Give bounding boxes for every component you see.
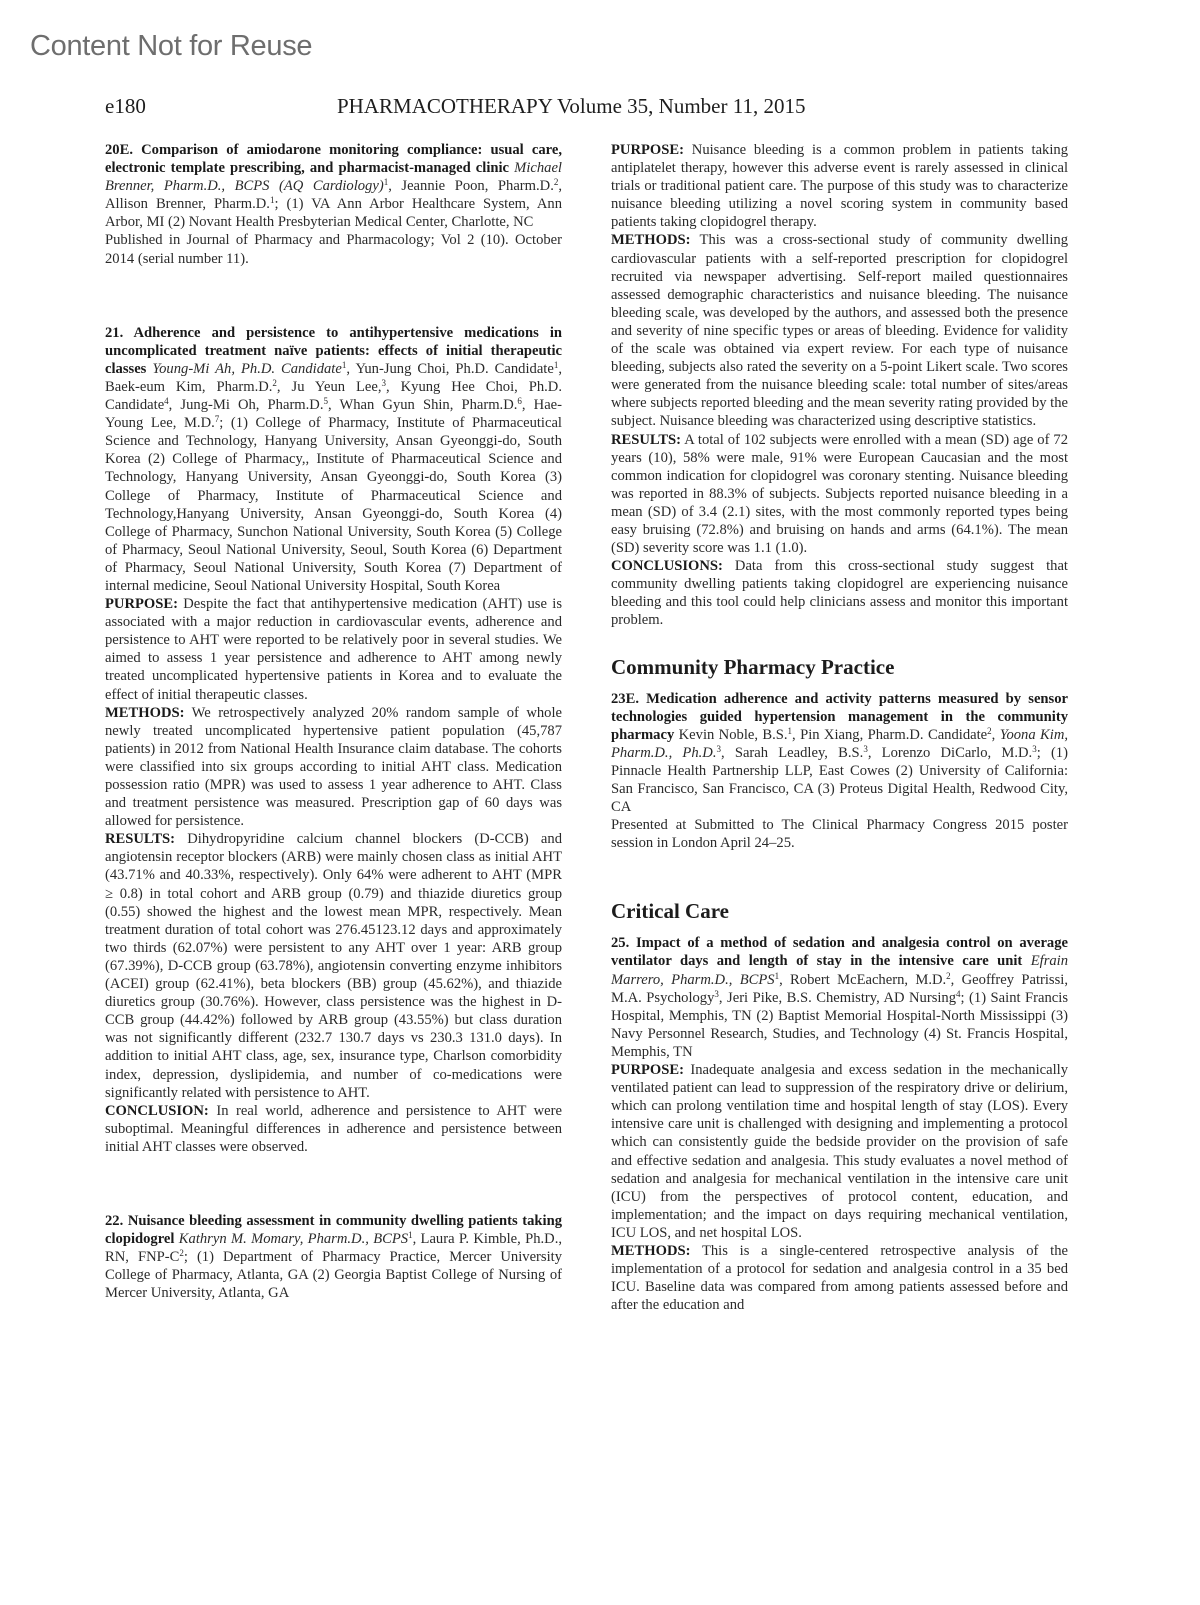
- conclusions-section: CONCLUSIONS: Data from this cross-sectio…: [611, 557, 1068, 629]
- abstract-title: 25. Impact of a method of sedation and a…: [611, 935, 1068, 969]
- journal-citation: PHARMACOTHERAPY Volume 35, Number 11, 20…: [337, 94, 805, 119]
- purpose-section: PURPOSE: Nuisance bleeding is a common p…: [611, 141, 1068, 231]
- author: , Robert McEachern, M.D.: [779, 972, 946, 988]
- section-label: RESULTS:: [611, 432, 681, 448]
- author: , Yun-Jung Choi, Ph.D. Candidate: [346, 361, 554, 377]
- purpose-section: PURPOSE: Inadequate analgesia and excess…: [611, 1061, 1068, 1242]
- section-heading-critical-care: Critical Care: [611, 898, 1068, 924]
- section-text: We retrospectively analyzed 20% random s…: [105, 705, 562, 830]
- author: , Pin Xiang, Pharm.D. Candidate: [792, 727, 987, 743]
- section-label: PURPOSE:: [611, 1062, 684, 1078]
- publication-note: Published in Journal of Pharmacy and Pha…: [105, 231, 562, 267]
- abstract-20e: 20E. Comparison of amiodarone monitoring…: [105, 141, 562, 268]
- section-heading-community-pharmacy: Community Pharmacy Practice: [611, 654, 1068, 680]
- abstract-22: 22. Nuisance bleeding assessment in comm…: [105, 1212, 562, 1302]
- abstract-21: 21. Adherence and persistence to antihyp…: [105, 324, 562, 1156]
- left-column: 20E. Comparison of amiodarone monitoring…: [105, 141, 562, 1302]
- abstract-title: 20E. Comparison of amiodarone monitoring…: [105, 142, 562, 176]
- author: , Sarah Leadley, B.S.: [721, 745, 863, 761]
- right-column: PURPOSE: Nuisance bleeding is a common p…: [611, 141, 1068, 1314]
- watermark: Content Not for Reuse: [30, 30, 312, 63]
- section-text: Inadequate analgesia and excess sedation…: [611, 1062, 1068, 1241]
- section-label: PURPOSE:: [105, 596, 178, 612]
- section-text: A total of 102 subjects were enrolled wi…: [611, 432, 1068, 557]
- section-label: METHODS:: [611, 1243, 690, 1259]
- page-number: e180: [105, 94, 146, 119]
- abstract-25: 25. Impact of a method of sedation and a…: [611, 934, 1068, 1314]
- conclusion-section: CONCLUSION: In real world, adherence and…: [105, 1102, 562, 1156]
- author: , Ju Yeun Lee,: [277, 379, 382, 395]
- presenting-author: Kathryn M. Momary, Pharm.D., BCPS: [179, 1231, 408, 1247]
- section-text: Dihydropyridine calcium channel blockers…: [105, 831, 562, 1100]
- presentation-note: Presented at Submitted to The Clinical P…: [611, 816, 1068, 852]
- author: Kevin Noble, B.S.: [674, 727, 787, 743]
- author: , Jeri Pike, B.S. Chemistry, AD Nursing: [719, 990, 956, 1006]
- author: , Whan Gyun Shin, Pharm.D.: [328, 397, 517, 413]
- author: , Jeannie Poon, Pharm.D.: [388, 178, 554, 194]
- results-section: RESULTS: Dihydropyridine calcium channel…: [105, 830, 562, 1101]
- footnote-marker: 2: [987, 726, 992, 736]
- author: , Jung-Mi Oh, Pharm.D.: [169, 397, 324, 413]
- section-label: PURPOSE:: [611, 142, 684, 158]
- section-label: CONCLUSIONS:: [611, 558, 723, 574]
- methods-section: METHODS: This is a single-centered retro…: [611, 1242, 1068, 1314]
- section-label: METHODS:: [105, 705, 184, 721]
- affiliations: ; (1) College of Pharmacy, Institute of …: [105, 415, 562, 594]
- abstract-22-continued: PURPOSE: Nuisance bleeding is a common p…: [611, 141, 1068, 630]
- section-label: RESULTS:: [105, 831, 175, 847]
- methods-section: METHODS: We retrospectively analyzed 20%…: [105, 704, 562, 831]
- abstract-23e: 23E. Medication adherence and activity p…: [611, 690, 1068, 853]
- presenting-author: Young-Mi Ah, Ph.D. Candidate: [152, 361, 341, 377]
- results-section: RESULTS: A total of 102 subjects were en…: [611, 431, 1068, 558]
- section-text: This was a cross-sectional study of comm…: [611, 232, 1068, 429]
- section-label: METHODS:: [611, 232, 690, 248]
- purpose-section: PURPOSE: Despite the fact that antihyper…: [105, 595, 562, 704]
- methods-section: METHODS: This was a cross-sectional stud…: [611, 231, 1068, 430]
- section-label: CONCLUSION:: [105, 1103, 209, 1119]
- author: , Lorenzo DiCarlo, M.D.: [868, 745, 1032, 761]
